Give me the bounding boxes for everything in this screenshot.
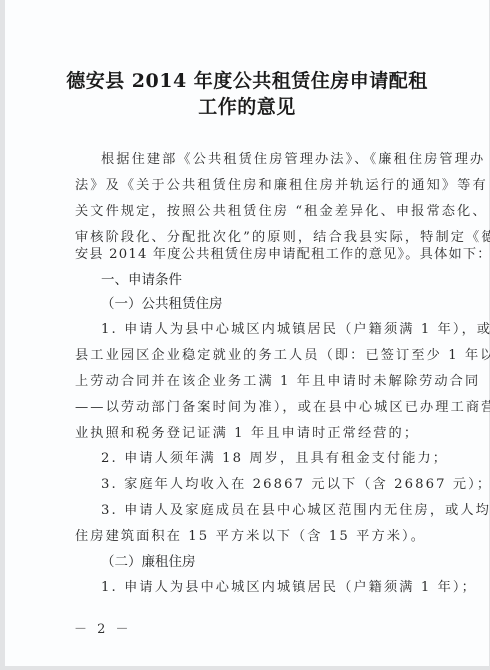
condition-line-3: 上劳动合同并在该企业务工满 1 年且申请时未解除劳动合同 <box>75 370 480 389</box>
condition-line-6: 2. 申请人须年满 18 周岁，且具有租金支付能力； <box>101 447 448 466</box>
document-title-line-1: 德安县 2014 年度公共租赁住房申请配租 <box>5 66 489 93</box>
document-title-line-2: 工作的意见 <box>5 92 489 119</box>
low-rent-condition-line-1: 1. 申请人为县中心城区内城镇居民（户籍须满 1 年）； <box>101 576 477 595</box>
condition-line-5: 业执照和税务登记证满 1 年且申请时正常经营的； <box>75 422 419 441</box>
intro-line-1: 根据住建部《公共租赁住房管理办法》、《廉租住房管理办 <box>101 148 485 167</box>
section-heading-application-conditions: 一、申请条件 <box>101 268 182 288</box>
condition-line-2: 县工业园区企业稳定就业的务工人员（即：已签订至少 1 年以 <box>75 344 490 363</box>
condition-line-9: 住房建筑面积在 15 平方米以下（含 15 平方米）。 <box>75 525 426 544</box>
intro-line-2: 法》及《关于公共租赁住房和廉租住房并轨运行的通知》等有 <box>75 174 488 193</box>
intro-line-3: 关文件规定，按照公共租赁住房 “租金差异化、申报常态化、 <box>75 200 488 219</box>
document-page: 德安县 2014 年度公共租赁住房申请配租 工作的意见 根据住建部《公共租赁住房… <box>5 0 489 666</box>
page-number: － 2 － <box>74 618 132 637</box>
intro-line-5: 安县 2014 年度公共租赁住房申请配租工作的意见》。具体如下： <box>75 243 490 262</box>
subsection-heading-low-rent: （二）廉租住房 <box>101 550 196 570</box>
condition-line-4: ——以劳动部门备案时间为准），或在县中心城区已办理工商营 <box>75 396 490 415</box>
condition-line-1: 1. 申请人为县中心城区内城镇居民（户籍须满 1 年），或 <box>101 318 490 337</box>
condition-line-7: 3. 家庭年人均收入在 26867 元以下（含 26867 元）； <box>101 473 490 492</box>
condition-line-8: 3. 申请人及家庭成员在县中心城区范围内无住房，或人均 <box>101 499 490 518</box>
subsection-heading-public-rental: （一）公共租赁住房 <box>101 292 223 312</box>
